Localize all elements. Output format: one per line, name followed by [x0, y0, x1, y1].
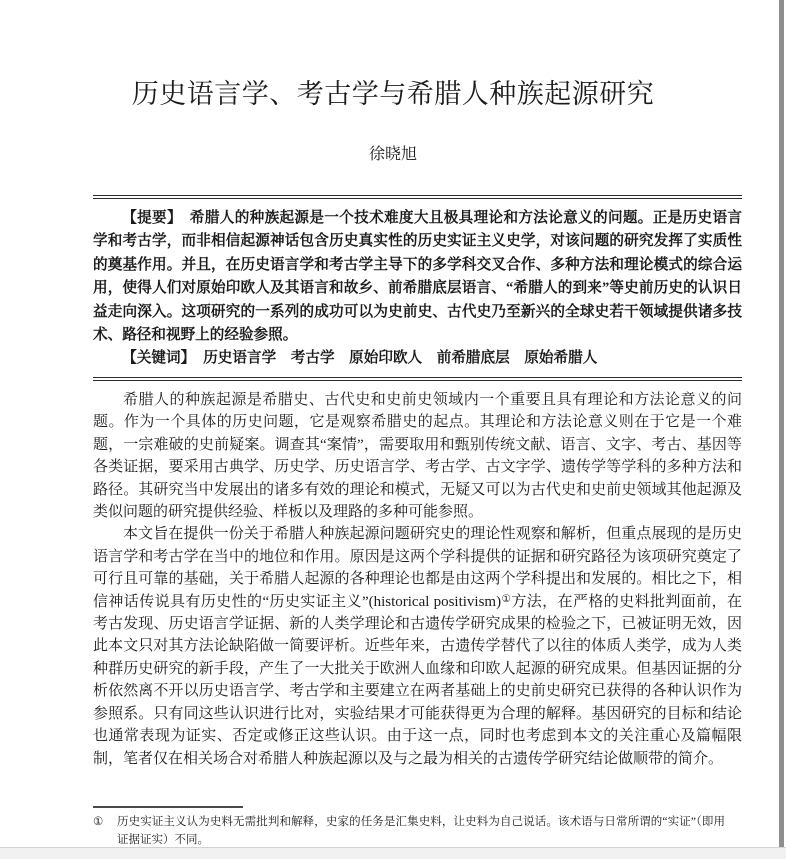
keywords-line: 【关键词】历史语言学考古学原始印欧人前希腊底层原始希腊人 — [93, 347, 742, 370]
paper-author: 徐晓旭 — [0, 141, 786, 164]
body-paragraph-2: 本文旨在提供一份关于希腊人种族起源问题研究史的理论性观察和解析，但重点展现的是历… — [93, 523, 742, 769]
footnote-marker: ① — [93, 814, 117, 849]
keyword-item: 原始印欧人 — [349, 350, 422, 366]
abstract-label: 【提要】 — [122, 210, 182, 226]
keywords-label: 【关键词】 — [122, 350, 195, 366]
abstract-text: 希腊人的种族起源是一个技术难度大且极具理论和方法论意义的问题。正是历史语言学和考… — [93, 210, 742, 343]
body-paragraph-2-continued: 方法，在严格的史料批判面前，在考古发现、历史语言学证据、新的人类学理论和古遗传学… — [93, 594, 742, 767]
footnote: ① 历史实证主义认为史料无需批判和解释，史家的任务是汇集史料，让史料为自己说话。… — [93, 814, 725, 849]
keyword-item: 考古学 — [291, 350, 335, 366]
paper-title: 历史语言学、考古学与希腊人种族起源研究 — [0, 72, 786, 111]
abstract-block: 【提要】希腊人的种族起源是一个技术难度大且极具理论和方法论意义的问题。正是历史语… — [93, 207, 742, 371]
body-paragraph-1: 希腊人的种族起源是希腊史、古代史和史前史领域内一个重要且具有理论和方法论意义的问… — [93, 389, 742, 523]
footnote-reference: ① — [501, 594, 511, 605]
abstract-bottom-rule — [93, 377, 742, 381]
keyword-item: 历史语言学 — [203, 350, 276, 366]
page-edge-shadow-right — [779, 0, 784, 847]
abstract-top-rule — [93, 195, 742, 199]
page-edge-bottom-strip — [0, 847, 786, 859]
article-body: 希腊人的种族起源是希腊史、古代史和史前史领域内一个重要且具有理论和方法论意义的问… — [93, 389, 742, 770]
footnote-text: 历史实证主义认为史料无需批判和解释，史家的任务是汇集史料，让史料为自己说话。该术… — [117, 814, 725, 849]
keyword-item: 原始希腊人 — [524, 350, 597, 366]
abstract-paragraph: 【提要】希腊人的种族起源是一个技术难度大且极具理论和方法论意义的问题。正是历史语… — [93, 207, 742, 347]
document-page: 历史语言学、考古学与希腊人种族起源研究 徐晓旭 【提要】希腊人的种族起源是一个技… — [0, 0, 786, 859]
footnote-separator-rule — [93, 806, 243, 808]
keyword-item: 前希腊底层 — [437, 350, 510, 366]
